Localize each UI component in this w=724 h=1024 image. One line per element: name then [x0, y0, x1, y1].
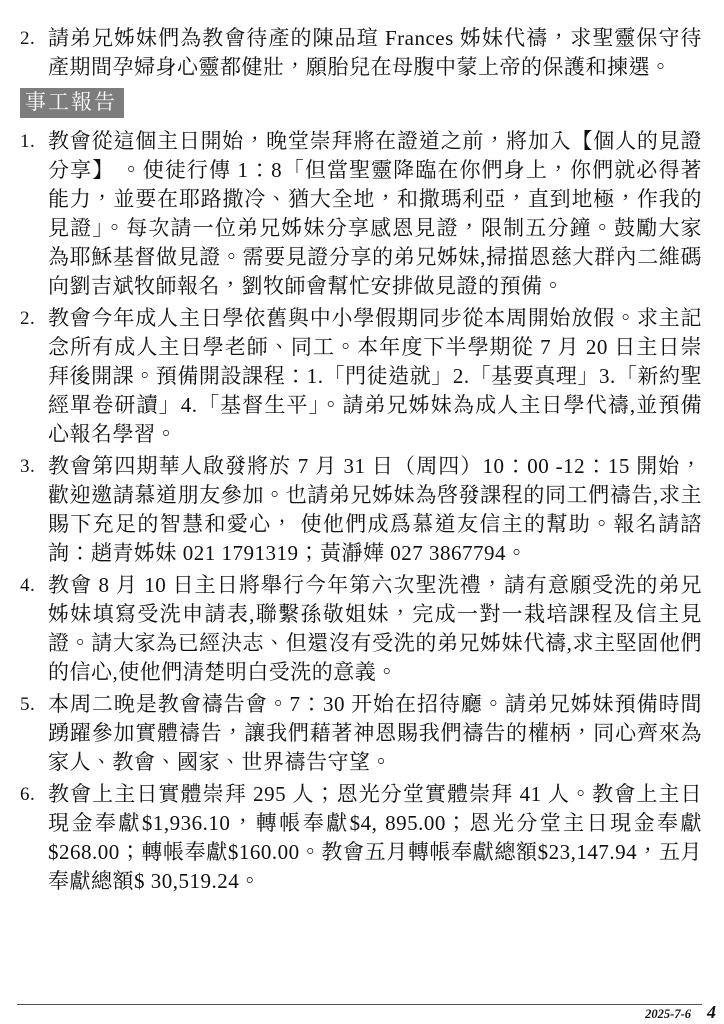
- prayer-item-text: 請弟兄姊妹們為教會待產的陳品瑄 Frances 姊妹代禱，求聖靈保守待產期間孕婦…: [48, 24, 702, 82]
- footer-date: 2025-7-6: [645, 1001, 691, 1022]
- list-number: 6.: [20, 780, 48, 896]
- prayer-item-continued: 2. 請弟兄姊妹們為教會待產的陳品瑄 Frances 姊妹代禱，求聖靈保守待產期…: [20, 24, 702, 82]
- report-item: 1.教會從這個主日開始，晚堂崇拜將在證道之前，將加入【個人的見證分享】 。使徒行…: [20, 127, 702, 301]
- list-number: 2.: [20, 304, 48, 449]
- report-item: 3.教會第四期華人啟發將於 7 月 31 日（周四）10：00 -12：15 開…: [20, 452, 702, 568]
- report-item-text: 教會第四期華人啟發將於 7 月 31 日（周四）10：00 -12：15 開始，…: [48, 452, 702, 568]
- ministry-report-list: 1.教會從這個主日開始，晚堂崇拜將在證道之前，將加入【個人的見證分享】 。使徒行…: [20, 127, 702, 896]
- report-item: 5.本周二晚是教會禱告會。7：30 开始在招待廳。請弟兄姊妹預備時間踴躍參加實體…: [20, 690, 702, 777]
- footer-divider: [17, 1004, 702, 1005]
- list-number: 1.: [20, 127, 48, 301]
- list-number: 2.: [20, 24, 48, 82]
- list-number: 4.: [20, 571, 48, 687]
- report-item: 6.教會上主日實體崇拜 295 人；恩光分堂實體崇拜 41 人。教會上主日現金奉…: [20, 780, 702, 896]
- report-item-text: 本周二晚是教會禱告會。7：30 开始在招待廳。請弟兄姊妹預備時間踴躍參加實體禱告…: [48, 690, 702, 777]
- report-item-text: 教會從這個主日開始，晚堂崇拜將在證道之前，將加入【個人的見證分享】 。使徒行傳 …: [48, 127, 702, 301]
- report-item: 4.教會 8 月 10 日主日將舉行今年第六次聖洗禮，請有意願受洗的弟兄姊妹填寫…: [20, 571, 702, 687]
- page-number: 4: [707, 1002, 716, 1023]
- bulletin-page: 2. 請弟兄姊妹們為教會待產的陳品瑄 Frances 姊妹代禱，求聖靈保守待產期…: [0, 0, 724, 1024]
- report-item-text: 教會 8 月 10 日主日將舉行今年第六次聖洗禮，請有意願受洗的弟兄姊妹填寫受洗…: [48, 571, 702, 687]
- list-number: 3.: [20, 452, 48, 568]
- report-item-text: 教會上主日實體崇拜 295 人；恩光分堂實體崇拜 41 人。教會上主日現金奉獻$…: [48, 780, 702, 896]
- page-footer: 2025-7-6 4: [645, 1001, 716, 1023]
- report-item: 2.教會今年成人主日學依舊與中小學假期同步從本周開始放假。求主記念所有成人主日學…: [20, 304, 702, 449]
- report-item-text: 教會今年成人主日學依舊與中小學假期同步從本周開始放假。求主記念所有成人主日學老師…: [48, 304, 702, 449]
- section-header-ministry-report: 事工報告: [20, 88, 124, 118]
- list-number: 5.: [20, 690, 48, 777]
